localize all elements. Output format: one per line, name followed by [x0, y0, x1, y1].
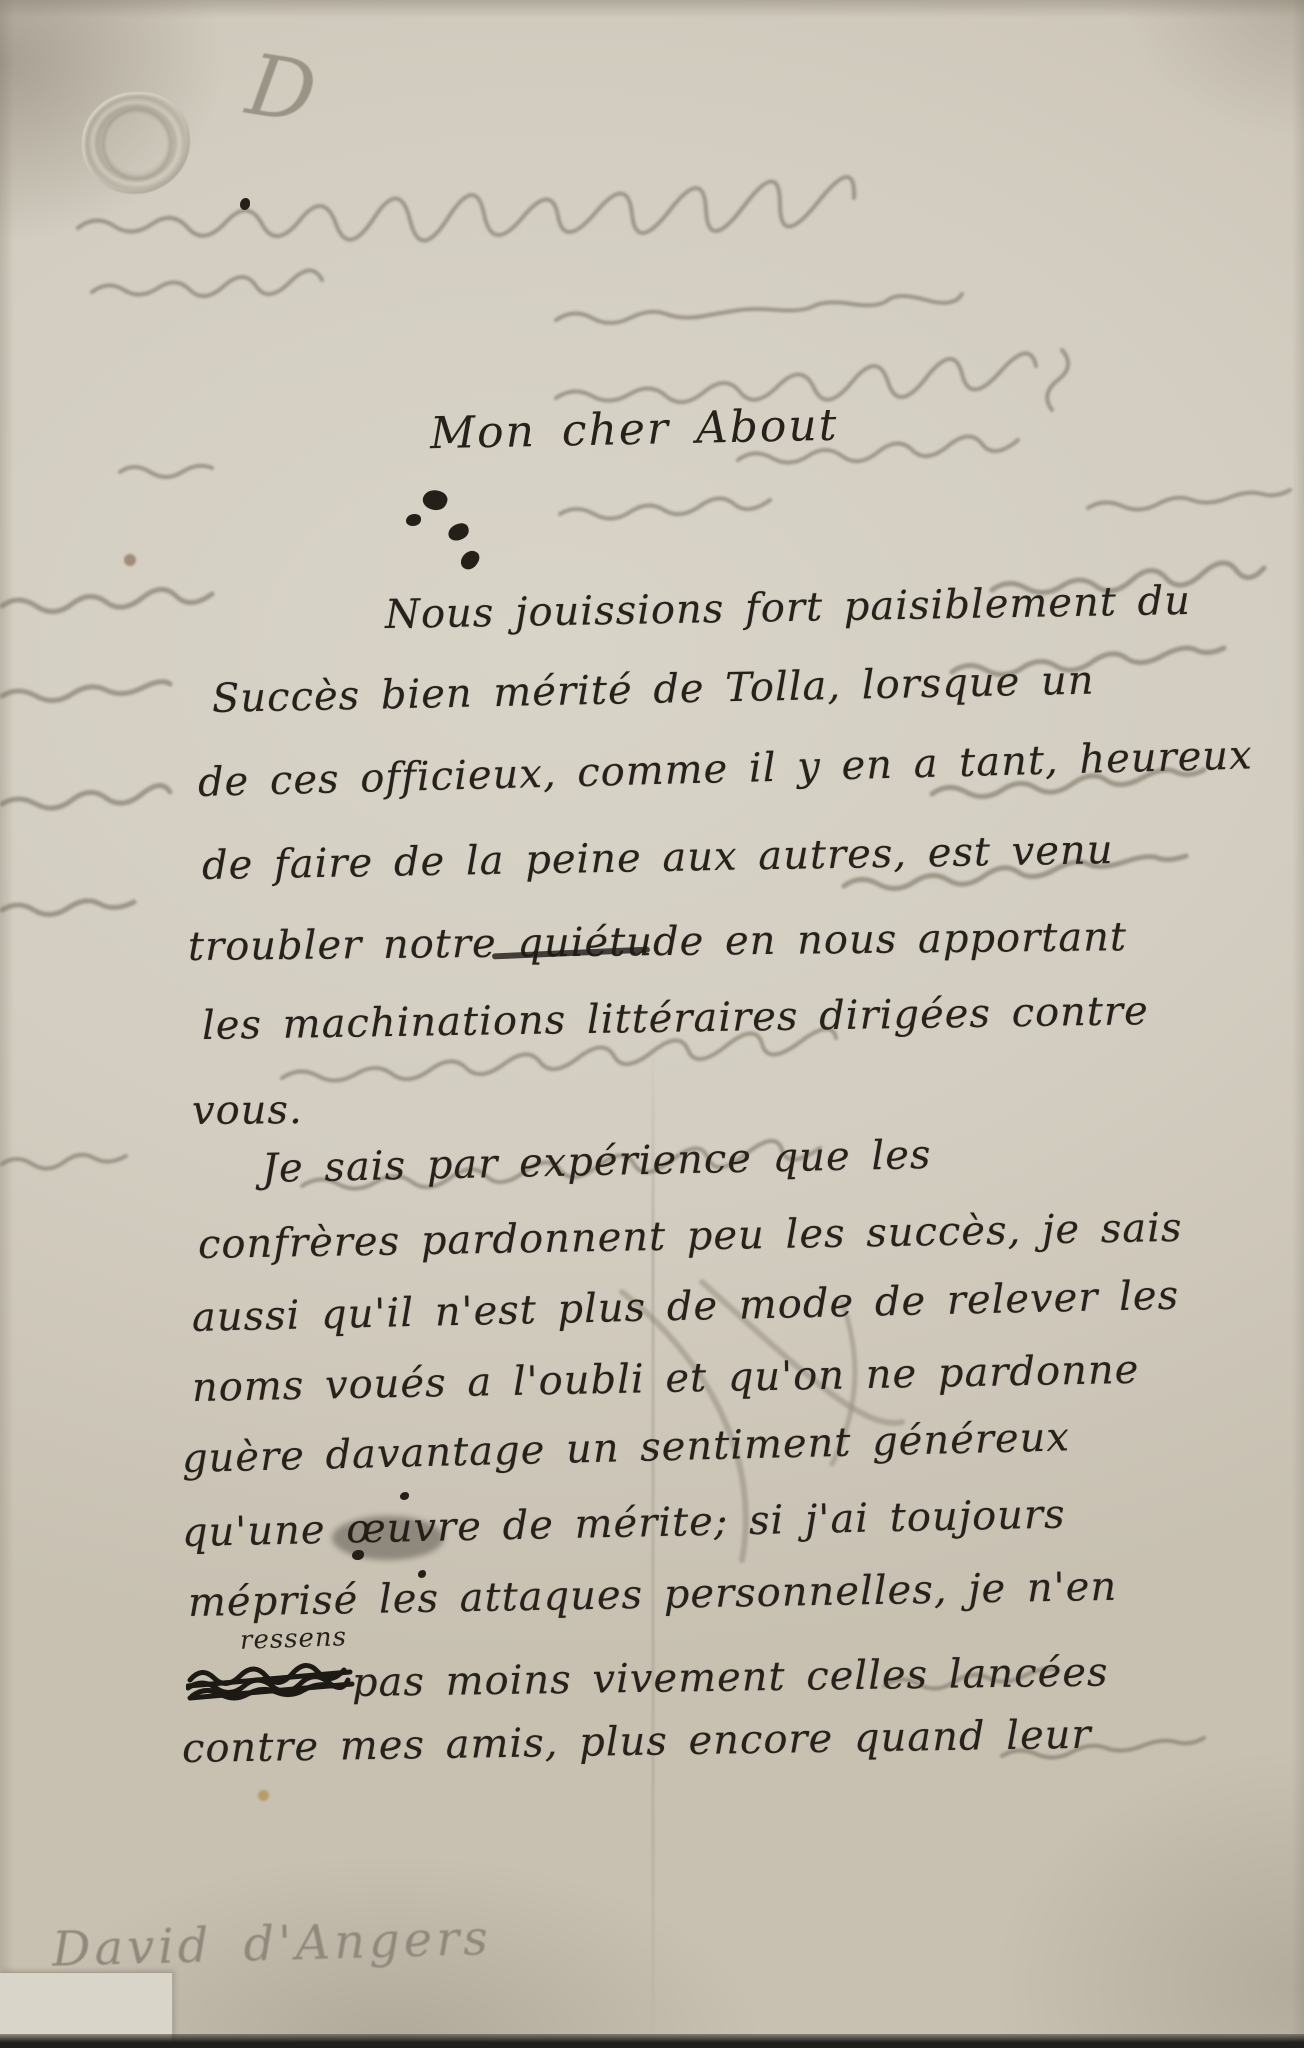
scan-bottom-edge: [0, 2034, 1304, 2048]
interlinear-insertion: ressens: [240, 1622, 348, 1656]
letter-scan: D Mon cher About Nous jouissions fort pa…: [0, 0, 1304, 2048]
letter-line: troubler notre quiétude en nous apportan…: [188, 914, 1127, 970]
ink-smudge: [332, 1516, 444, 1560]
rust-spot: [124, 554, 136, 566]
salutation: Mon cher About: [430, 400, 839, 460]
attribution-pencil: David d'Angers: [51, 1910, 492, 1977]
letter-line: vous.: [192, 1087, 303, 1134]
crossed-out-word: [186, 1658, 356, 1710]
yellow-spot: [258, 1790, 269, 1801]
